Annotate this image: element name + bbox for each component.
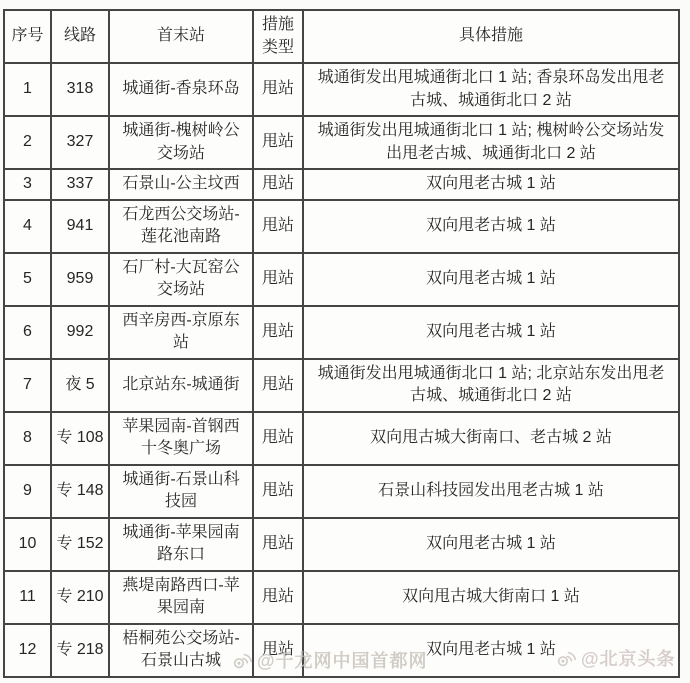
cell-serial: 8 <box>4 412 51 465</box>
cell-serial: 11 <box>4 571 51 624</box>
cell-type: 甩站 <box>253 465 303 518</box>
table-row: 9 专 148 城通街-石景山科技园 甩站 石景山科技园发出甩老古城 1 站 <box>4 465 679 518</box>
cell-line: 专 108 <box>51 412 109 465</box>
cell-measure: 双向甩老古城 1 站 <box>303 200 679 253</box>
table-header-row: 序号 线路 首末站 措施类型 具体措施 <box>4 10 679 63</box>
cell-serial: 10 <box>4 518 51 571</box>
cell-type: 甩站 <box>253 253 303 306</box>
cell-measure: 双向甩老古城 1 站 <box>303 169 679 200</box>
cell-stations: 梧桐苑公交场站-石景山古城 <box>109 624 253 677</box>
cell-stations: 石厂村-大瓦窑公交场站 <box>109 253 253 306</box>
cell-line: 337 <box>51 169 109 200</box>
cell-type: 甩站 <box>253 306 303 359</box>
cell-line: 992 <box>51 306 109 359</box>
cell-stations: 石龙西公交场站-莲花池南路 <box>109 200 253 253</box>
cell-type: 甩站 <box>253 116 303 169</box>
cell-measure: 石景山科技园发出甩老古城 1 站 <box>303 465 679 518</box>
table-row: 3 337 石景山-公主坟西 甩站 双向甩老古城 1 站 <box>4 169 679 200</box>
table-row: 7 夜 5 北京站东-城通街 甩站 城通街发出甩城通街北口 1 站; 北京站东发… <box>4 359 679 412</box>
table-row: 4 941 石龙西公交场站-莲花池南路 甩站 双向甩老古城 1 站 <box>4 200 679 253</box>
cell-line: 专 210 <box>51 571 109 624</box>
cell-type: 甩站 <box>253 571 303 624</box>
cell-line: 327 <box>51 116 109 169</box>
table-row: 1 318 城通街-香泉环岛 甩站 城通街发出甩城通街北口 1 站; 香泉环岛发… <box>4 63 679 116</box>
cell-stations: 城通街-石景山科技园 <box>109 465 253 518</box>
cell-line: 专 152 <box>51 518 109 571</box>
cell-stations: 苹果园南-首钢西十冬奥广场 <box>109 412 253 465</box>
header-cell-measure: 具体措施 <box>303 10 679 63</box>
cell-measure: 双向甩古城大街南口、老古城 2 站 <box>303 412 679 465</box>
page: 序号 线路 首末站 措施类型 具体措施 1 318 城通街-香泉环岛 甩站 城通… <box>0 0 690 683</box>
cell-stations: 城通街-香泉环岛 <box>109 63 253 116</box>
table-row: 8 专 108 苹果园南-首钢西十冬奥广场 甩站 双向甩古城大街南口、老古城 2… <box>4 412 679 465</box>
cell-stations: 北京站东-城通街 <box>109 359 253 412</box>
bus-adjustment-table: 序号 线路 首末站 措施类型 具体措施 1 318 城通街-香泉环岛 甩站 城通… <box>3 9 680 678</box>
cell-serial: 6 <box>4 306 51 359</box>
cell-type: 甩站 <box>253 200 303 253</box>
cell-stations: 西辛房西-京原东站 <box>109 306 253 359</box>
cell-serial: 5 <box>4 253 51 306</box>
cell-line: 318 <box>51 63 109 116</box>
table-row: 10 专 152 城通街-苹果园南路东口 甩站 双向甩老古城 1 站 <box>4 518 679 571</box>
cell-measure: 双向甩老古城 1 站 <box>303 518 679 571</box>
cell-serial: 4 <box>4 200 51 253</box>
cell-stations: 燕堤南路西口-苹果园南 <box>109 571 253 624</box>
table-row: 5 959 石厂村-大瓦窑公交场站 甩站 双向甩老古城 1 站 <box>4 253 679 306</box>
cell-line: 专 148 <box>51 465 109 518</box>
cell-stations: 城通街-槐树岭公交场站 <box>109 116 253 169</box>
table-row: 6 992 西辛房西-京原东站 甩站 双向甩老古城 1 站 <box>4 306 679 359</box>
cell-serial: 2 <box>4 116 51 169</box>
cell-serial: 1 <box>4 63 51 116</box>
cell-type: 甩站 <box>253 63 303 116</box>
cell-type: 甩站 <box>253 359 303 412</box>
cell-measure: 双向甩老古城 1 站 <box>303 253 679 306</box>
cell-line: 专 218 <box>51 624 109 677</box>
cell-measure: 双向甩老古城 1 站 <box>303 624 679 677</box>
cell-line: 夜 5 <box>51 359 109 412</box>
cell-serial: 9 <box>4 465 51 518</box>
header-cell-serial: 序号 <box>4 10 51 63</box>
table-row: 12 专 218 梧桐苑公交场站-石景山古城 甩站 双向甩老古城 1 站 <box>4 624 679 677</box>
table-row: 11 专 210 燕堤南路西口-苹果园南 甩站 双向甩古城大街南口 1 站 <box>4 571 679 624</box>
cell-type: 甩站 <box>253 412 303 465</box>
cell-line: 941 <box>51 200 109 253</box>
cell-stations: 城通街-苹果园南路东口 <box>109 518 253 571</box>
header-cell-type: 措施类型 <box>253 10 303 63</box>
header-cell-line: 线路 <box>51 10 109 63</box>
cell-measure: 双向甩古城大街南口 1 站 <box>303 571 679 624</box>
cell-serial: 3 <box>4 169 51 200</box>
cell-type: 甩站 <box>253 169 303 200</box>
cell-serial: 7 <box>4 359 51 412</box>
cell-measure: 城通街发出甩城通街北口 1 站; 槐树岭公交场站发出甩老古城、城通街北口 2 站 <box>303 116 679 169</box>
cell-serial: 12 <box>4 624 51 677</box>
table-row: 2 327 城通街-槐树岭公交场站 甩站 城通街发出甩城通街北口 1 站; 槐树… <box>4 116 679 169</box>
cell-measure: 城通街发出甩城通街北口 1 站; 北京站东发出甩老古城、城通街北口 2 站 <box>303 359 679 412</box>
cell-type: 甩站 <box>253 624 303 677</box>
cell-measure: 城通街发出甩城通街北口 1 站; 香泉环岛发出甩老古城、城通街北口 2 站 <box>303 63 679 116</box>
cell-measure: 双向甩老古城 1 站 <box>303 306 679 359</box>
header-cell-stations: 首末站 <box>109 10 253 63</box>
cell-stations: 石景山-公主坟西 <box>109 169 253 200</box>
cell-type: 甩站 <box>253 518 303 571</box>
cell-line: 959 <box>51 253 109 306</box>
